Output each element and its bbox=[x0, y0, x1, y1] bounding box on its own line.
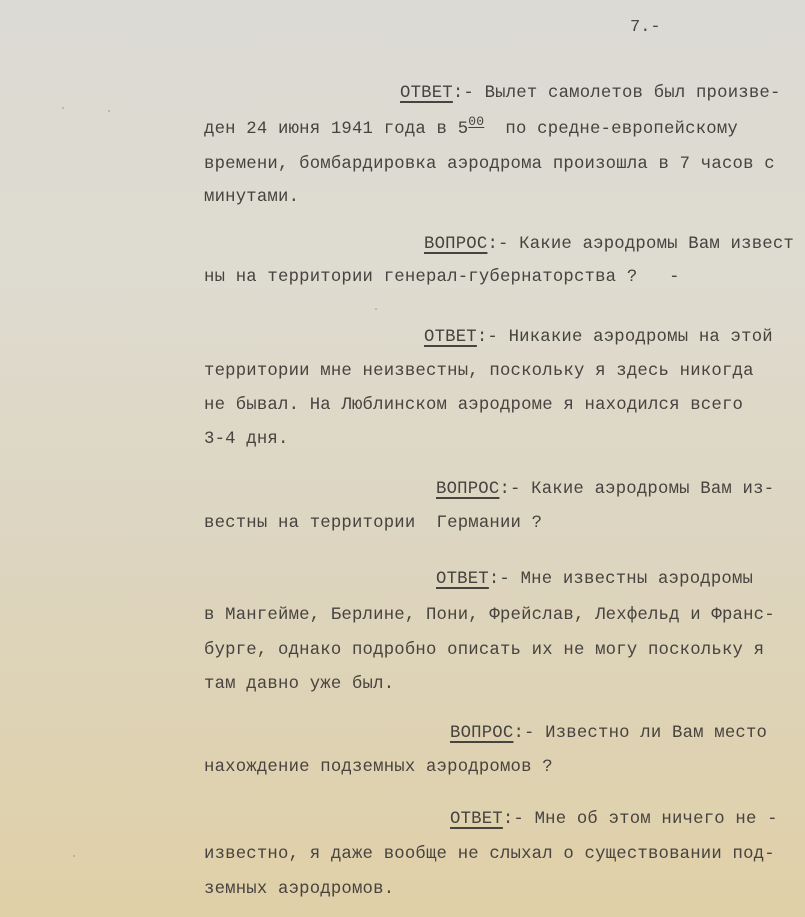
answer-line: ден 24 июня 1941 года в 500 по средне-ев… bbox=[204, 120, 738, 140]
answer-line: бурге, однако подробно описать их не мог… bbox=[204, 641, 764, 661]
answer-text: :- Мне об этом ничего не - bbox=[503, 810, 778, 829]
answer-first-line: ОТВЕТ:- Мне известны аэродромы bbox=[436, 570, 753, 590]
answer-line: известно, я даже вообще не слыхал о суще… bbox=[204, 845, 775, 865]
page-number: 7.- bbox=[630, 18, 661, 37]
time-superscript: 00 bbox=[468, 114, 484, 129]
question-line: ны на территории генерал-губернаторства … bbox=[204, 268, 680, 288]
question-text: :- Известно ли Вам место bbox=[513, 724, 767, 743]
paper-speck bbox=[73, 855, 75, 857]
question-label: ВОПРОС bbox=[436, 480, 499, 499]
answer-text: :- Мне известны аэродромы bbox=[489, 570, 753, 589]
answer-line: в Мангейме, Берлине, Пони, Фрейслав, Лех… bbox=[204, 606, 775, 626]
answer-first-line: ОТВЕТ:- Никакие аэродромы на этой bbox=[424, 328, 773, 348]
question-first-line: ВОПРОС:- Какие аэродромы Вам из- bbox=[436, 480, 774, 500]
answer-line: минутами. bbox=[204, 188, 299, 208]
answer-text: ден 24 июня 1941 года в 5 bbox=[204, 120, 468, 139]
document-page: 7.- ОТВЕТ:- Вылет самолетов был произве-… bbox=[0, 0, 805, 917]
answer-label: ОТВЕТ bbox=[436, 570, 489, 589]
answer-label: ОТВЕТ bbox=[424, 328, 477, 347]
question-text: :- Какие аэродромы Вам из- bbox=[499, 480, 774, 499]
answer-text: по средне-европейскому bbox=[484, 120, 738, 139]
answer-label: ОТВЕТ bbox=[400, 84, 453, 103]
question-first-line: ВОПРОС:- Какие аэродромы Вам извест bbox=[424, 235, 794, 255]
answer-line: 3-4 дня. bbox=[204, 430, 289, 450]
question-line: вестны на территории Германии ? bbox=[204, 514, 542, 534]
answer-line: земных аэродромов. bbox=[204, 880, 394, 900]
answer-text: :- Никакие аэродромы на этой bbox=[477, 328, 773, 347]
answer-line: времени, бомбардировка аэродрома произош… bbox=[204, 155, 775, 175]
question-text: :- Какие аэродромы Вам извест bbox=[487, 235, 794, 254]
question-first-line: ВОПРОС:- Известно ли Вам место bbox=[450, 724, 767, 744]
answer-line: не бывал. На Люблинском аэродроме я нахо… bbox=[204, 396, 743, 416]
paper-speck bbox=[62, 107, 64, 109]
answer-first-line: ОТВЕТ:- Вылет самолетов был произве- bbox=[400, 84, 781, 104]
answer-line: там давно уже был. bbox=[204, 675, 394, 695]
question-line: нахождение подземных аэродромов ? bbox=[204, 758, 553, 778]
answer-label: ОТВЕТ bbox=[450, 810, 503, 829]
question-label: ВОПРОС bbox=[450, 724, 513, 743]
answer-text: :- Вылет самолетов был произве- bbox=[453, 84, 781, 103]
paper-speck bbox=[375, 308, 377, 310]
answer-line: территории мне неизвестны, поскольку я з… bbox=[204, 362, 754, 382]
question-label: ВОПРОС bbox=[424, 235, 487, 254]
answer-first-line: ОТВЕТ:- Мне об этом ничего не - bbox=[450, 810, 778, 830]
paper-speck bbox=[108, 110, 110, 112]
